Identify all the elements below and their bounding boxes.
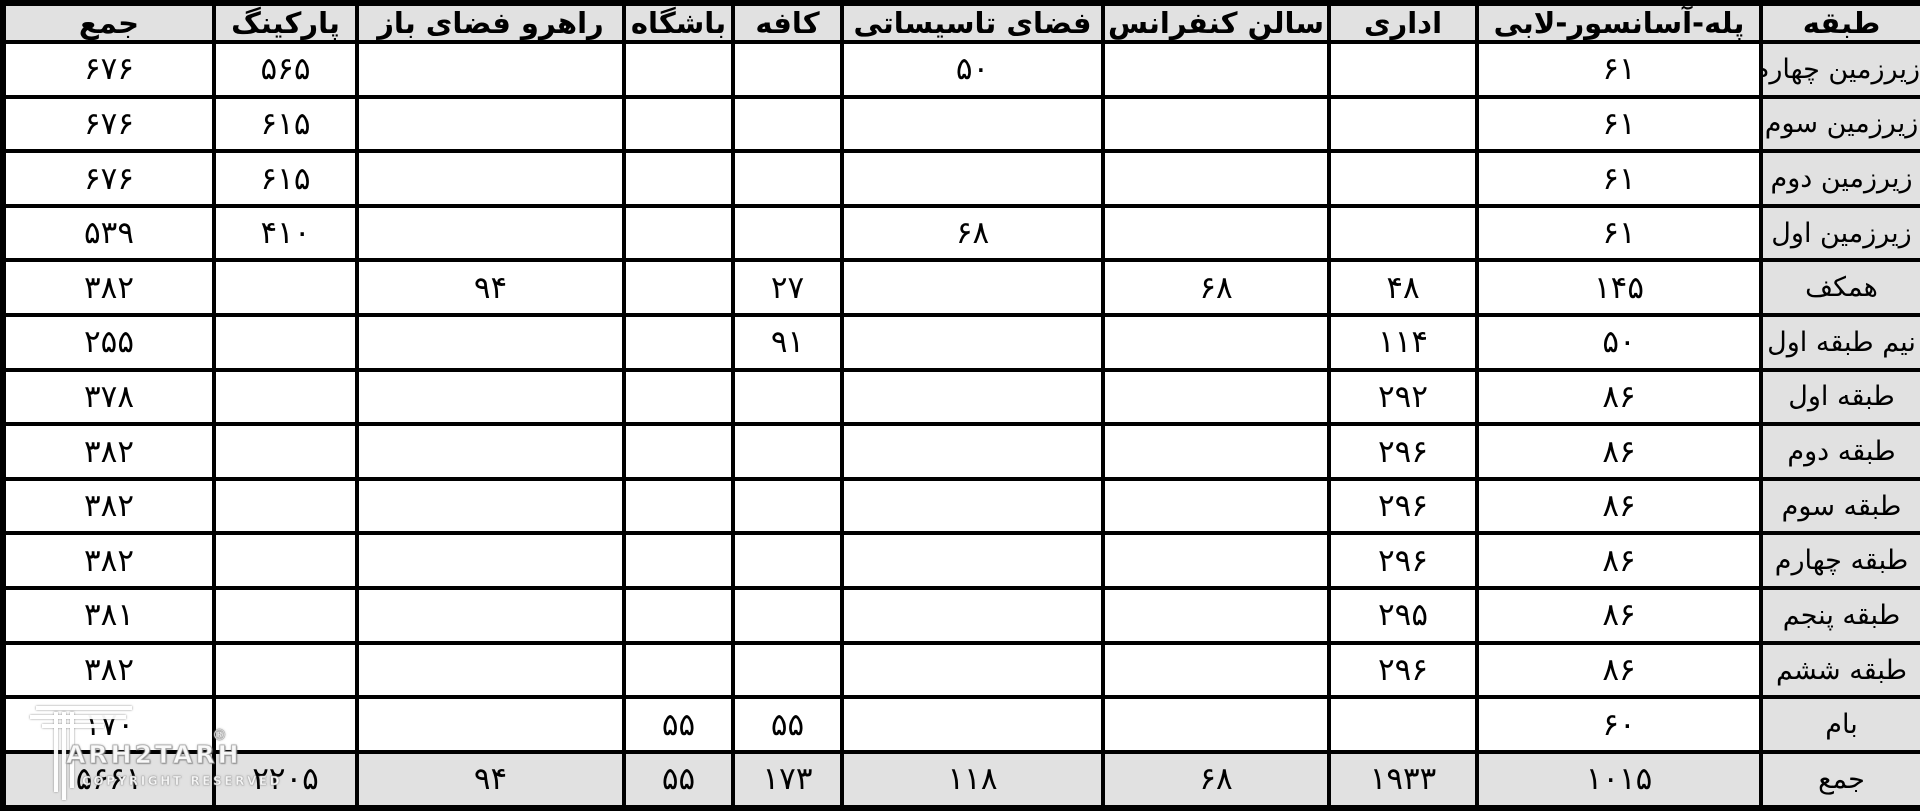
- row-label: جمع: [1761, 752, 1920, 808]
- cell-total: ۱۷۰: [3, 697, 214, 752]
- cell-mechanical: [842, 533, 1103, 588]
- cell-gym: [624, 42, 733, 97]
- cell-office: ۲۹۶: [1329, 479, 1477, 534]
- cell-conference: [1103, 206, 1329, 261]
- cell-parking: [214, 697, 357, 752]
- cell-office: ۲۹۲: [1329, 370, 1477, 425]
- cell-total: ۵۶۶۱: [3, 752, 214, 808]
- column-header-corridor: راهرو فضای باز: [357, 3, 624, 42]
- cell-cafe: [733, 479, 842, 534]
- cell-cafe: [733, 42, 842, 97]
- cell-cafe: [733, 588, 842, 643]
- column-header-floor: طبقه: [1761, 3, 1920, 42]
- table-row: طبقه دوم۸۶۲۹۶۳۸۲: [3, 424, 1920, 479]
- cell-stairs: ۸۶: [1477, 479, 1761, 534]
- cell-mechanical: [842, 151, 1103, 206]
- cell-corridor: [357, 97, 624, 152]
- cell-parking: ۴۱۰: [214, 206, 357, 261]
- table-row: زیرزمین چهارم۶۱۵۰۵۶۵۶۷۶: [3, 42, 1920, 97]
- cell-conference: [1103, 697, 1329, 752]
- cell-gym: [624, 315, 733, 370]
- cell-parking: [214, 479, 357, 534]
- cell-stairs: ۸۶: [1477, 588, 1761, 643]
- row-label: زیرزمین دوم: [1761, 151, 1920, 206]
- cell-stairs: ۶۱: [1477, 151, 1761, 206]
- row-label: طبقه سوم: [1761, 479, 1920, 534]
- cell-parking: [214, 643, 357, 698]
- cell-cafe: ۱۷۳: [733, 752, 842, 808]
- cell-total: ۳۸۲: [3, 424, 214, 479]
- cell-total: ۳۸۱: [3, 588, 214, 643]
- cell-corridor: [357, 643, 624, 698]
- cell-total: ۳۸۲: [3, 479, 214, 534]
- table-row: زیرزمین اول۶۱۶۸۴۱۰۵۳۹: [3, 206, 1920, 261]
- cell-gym: [624, 588, 733, 643]
- table-row: بام۶۰۵۵۵۵۱۷۰: [3, 697, 1920, 752]
- cell-cafe: [733, 151, 842, 206]
- cell-parking: ۶۱۵: [214, 97, 357, 152]
- cell-conference: [1103, 424, 1329, 479]
- cell-cafe: [733, 206, 842, 261]
- cell-office: ۱۱۴: [1329, 315, 1477, 370]
- cell-gym: [624, 479, 733, 534]
- cell-conference: [1103, 315, 1329, 370]
- cell-office: [1329, 42, 1477, 97]
- cell-conference: [1103, 42, 1329, 97]
- row-label: نیم طبقه اول: [1761, 315, 1920, 370]
- cell-corridor: ۹۴: [357, 260, 624, 315]
- table-row: نیم طبقه اول۵۰۱۱۴۹۱۲۵۵: [3, 315, 1920, 370]
- cell-stairs: ۸۶: [1477, 370, 1761, 425]
- cell-stairs: ۱۰۱۵: [1477, 752, 1761, 808]
- cell-mechanical: [842, 697, 1103, 752]
- row-label: بام: [1761, 697, 1920, 752]
- floor-area-table: طبقهپله-آسانسور-لابیاداریسالن کنفرانسفضا…: [0, 0, 1920, 811]
- cell-total: ۵۳۹: [3, 206, 214, 261]
- cell-total: ۳۸۲: [3, 533, 214, 588]
- cell-gym: [624, 260, 733, 315]
- cell-office: ۲۹۶: [1329, 533, 1477, 588]
- row-label: طبقه چهارم: [1761, 533, 1920, 588]
- cell-corridor: [357, 533, 624, 588]
- cell-corridor: ۹۴: [357, 752, 624, 808]
- table-row: زیرزمین دوم۶۱۶۱۵۶۷۶: [3, 151, 1920, 206]
- column-header-gym: باشگاه: [624, 3, 733, 42]
- table-row: طبقه ششم۸۶۲۹۶۳۸۲: [3, 643, 1920, 698]
- cell-total: ۳۸۲: [3, 260, 214, 315]
- cell-stairs: ۸۶: [1477, 643, 1761, 698]
- cell-parking: [214, 424, 357, 479]
- cell-office: [1329, 151, 1477, 206]
- column-header-cafe: کافه: [733, 3, 842, 42]
- cell-total: ۲۵۵: [3, 315, 214, 370]
- cell-conference: ۶۸: [1103, 752, 1329, 808]
- column-header-mechanical: فضای تاسیساتی: [842, 3, 1103, 42]
- totals-row: جمع۱۰۱۵۱۹۳۳۶۸۱۱۸۱۷۳۵۵۹۴۲۲۰۵۵۶۶۱: [3, 752, 1920, 808]
- column-header-conference: سالن کنفرانس: [1103, 3, 1329, 42]
- row-label: طبقه اول: [1761, 370, 1920, 425]
- cell-parking: [214, 370, 357, 425]
- column-header-stairs: پله-آسانسور-لابی: [1477, 3, 1761, 42]
- cell-conference: [1103, 533, 1329, 588]
- cell-cafe: [733, 370, 842, 425]
- cell-mechanical: [842, 370, 1103, 425]
- cell-corridor: [357, 697, 624, 752]
- cell-parking: ۵۶۵: [214, 42, 357, 97]
- cell-office: [1329, 697, 1477, 752]
- cell-mechanical: [842, 479, 1103, 534]
- cell-stairs: ۶۱: [1477, 42, 1761, 97]
- cell-gym: [624, 424, 733, 479]
- cell-parking: [214, 315, 357, 370]
- cell-stairs: ۸۶: [1477, 533, 1761, 588]
- floor-area-sheet: طبقهپله-آسانسور-لابیاداریسالن کنفرانسفضا…: [0, 0, 1920, 811]
- row-label: زیرزمین سوم: [1761, 97, 1920, 152]
- cell-mechanical: ۱۱۸: [842, 752, 1103, 808]
- cell-mechanical: [842, 588, 1103, 643]
- cell-cafe: ۹۱: [733, 315, 842, 370]
- cell-cafe: [733, 643, 842, 698]
- cell-conference: [1103, 370, 1329, 425]
- table-row: طبقه سوم۸۶۲۹۶۳۸۲: [3, 479, 1920, 534]
- cell-mechanical: [842, 424, 1103, 479]
- cell-cafe: [733, 97, 842, 152]
- column-header-parking: پارکینگ: [214, 3, 357, 42]
- cell-office: ۲۹۶: [1329, 424, 1477, 479]
- cell-gym: [624, 533, 733, 588]
- column-header-office: اداری: [1329, 3, 1477, 42]
- cell-gym: ۵۵: [624, 752, 733, 808]
- column-header-total: جمع: [3, 3, 214, 42]
- cell-corridor: [357, 424, 624, 479]
- table-row: همکف۱۴۵۴۸۶۸۲۷۹۴۳۸۲: [3, 260, 1920, 315]
- cell-office: [1329, 97, 1477, 152]
- row-label: زیرزمین چهارم: [1761, 42, 1920, 97]
- cell-mechanical: ۵۰: [842, 42, 1103, 97]
- cell-office: [1329, 206, 1477, 261]
- table-row: طبقه اول۸۶۲۹۲۳۷۸: [3, 370, 1920, 425]
- cell-gym: ۵۵: [624, 697, 733, 752]
- cell-stairs: ۶۰: [1477, 697, 1761, 752]
- cell-total: ۶۷۶: [3, 151, 214, 206]
- table-row: طبقه چهارم۸۶۲۹۶۳۸۲: [3, 533, 1920, 588]
- cell-mechanical: [842, 643, 1103, 698]
- cell-conference: [1103, 151, 1329, 206]
- cell-conference: [1103, 479, 1329, 534]
- cell-office: ۲۹۵: [1329, 588, 1477, 643]
- cell-corridor: [357, 42, 624, 97]
- table-row: زیرزمین سوم۶۱۶۱۵۶۷۶: [3, 97, 1920, 152]
- cell-office: ۲۹۶: [1329, 643, 1477, 698]
- table-body: زیرزمین چهارم۶۱۵۰۵۶۵۶۷۶زیرزمین سوم۶۱۶۱۵۶…: [3, 42, 1920, 808]
- cell-stairs: ۶۱: [1477, 206, 1761, 261]
- cell-corridor: [357, 315, 624, 370]
- cell-conference: [1103, 97, 1329, 152]
- cell-mechanical: [842, 315, 1103, 370]
- cell-parking: [214, 588, 357, 643]
- cell-parking: [214, 260, 357, 315]
- cell-stairs: ۵۰: [1477, 315, 1761, 370]
- cell-cafe: [733, 424, 842, 479]
- header-row: طبقهپله-آسانسور-لابیاداریسالن کنفرانسفضا…: [3, 3, 1920, 42]
- cell-cafe: ۵۵: [733, 697, 842, 752]
- cell-total: ۳۷۸: [3, 370, 214, 425]
- cell-mechanical: [842, 97, 1103, 152]
- cell-gym: [624, 97, 733, 152]
- row-label: طبقه ششم: [1761, 643, 1920, 698]
- cell-corridor: [357, 151, 624, 206]
- cell-mechanical: ۶۸: [842, 206, 1103, 261]
- cell-gym: [624, 370, 733, 425]
- cell-stairs: ۸۶: [1477, 424, 1761, 479]
- cell-stairs: ۶۱: [1477, 97, 1761, 152]
- cell-total: ۳۸۲: [3, 643, 214, 698]
- cell-corridor: [357, 588, 624, 643]
- row-label: همکف: [1761, 260, 1920, 315]
- row-label: طبقه پنجم: [1761, 588, 1920, 643]
- cell-conference: [1103, 643, 1329, 698]
- cell-conference: ۶۸: [1103, 260, 1329, 315]
- cell-corridor: [357, 370, 624, 425]
- cell-gym: [624, 643, 733, 698]
- cell-parking: [214, 533, 357, 588]
- cell-parking: ۲۲۰۵: [214, 752, 357, 808]
- cell-parking: ۶۱۵: [214, 151, 357, 206]
- cell-mechanical: [842, 260, 1103, 315]
- cell-gym: [624, 206, 733, 261]
- cell-cafe: [733, 533, 842, 588]
- cell-office: ۱۹۳۳: [1329, 752, 1477, 808]
- cell-total: ۶۷۶: [3, 42, 214, 97]
- cell-gym: [624, 151, 733, 206]
- table-row: طبقه پنجم۸۶۲۹۵۳۸۱: [3, 588, 1920, 643]
- cell-office: ۴۸: [1329, 260, 1477, 315]
- cell-conference: [1103, 588, 1329, 643]
- cell-stairs: ۱۴۵: [1477, 260, 1761, 315]
- cell-corridor: [357, 206, 624, 261]
- cell-corridor: [357, 479, 624, 534]
- cell-cafe: ۲۷: [733, 260, 842, 315]
- row-label: طبقه دوم: [1761, 424, 1920, 479]
- row-label: زیرزمین اول: [1761, 206, 1920, 261]
- cell-total: ۶۷۶: [3, 97, 214, 152]
